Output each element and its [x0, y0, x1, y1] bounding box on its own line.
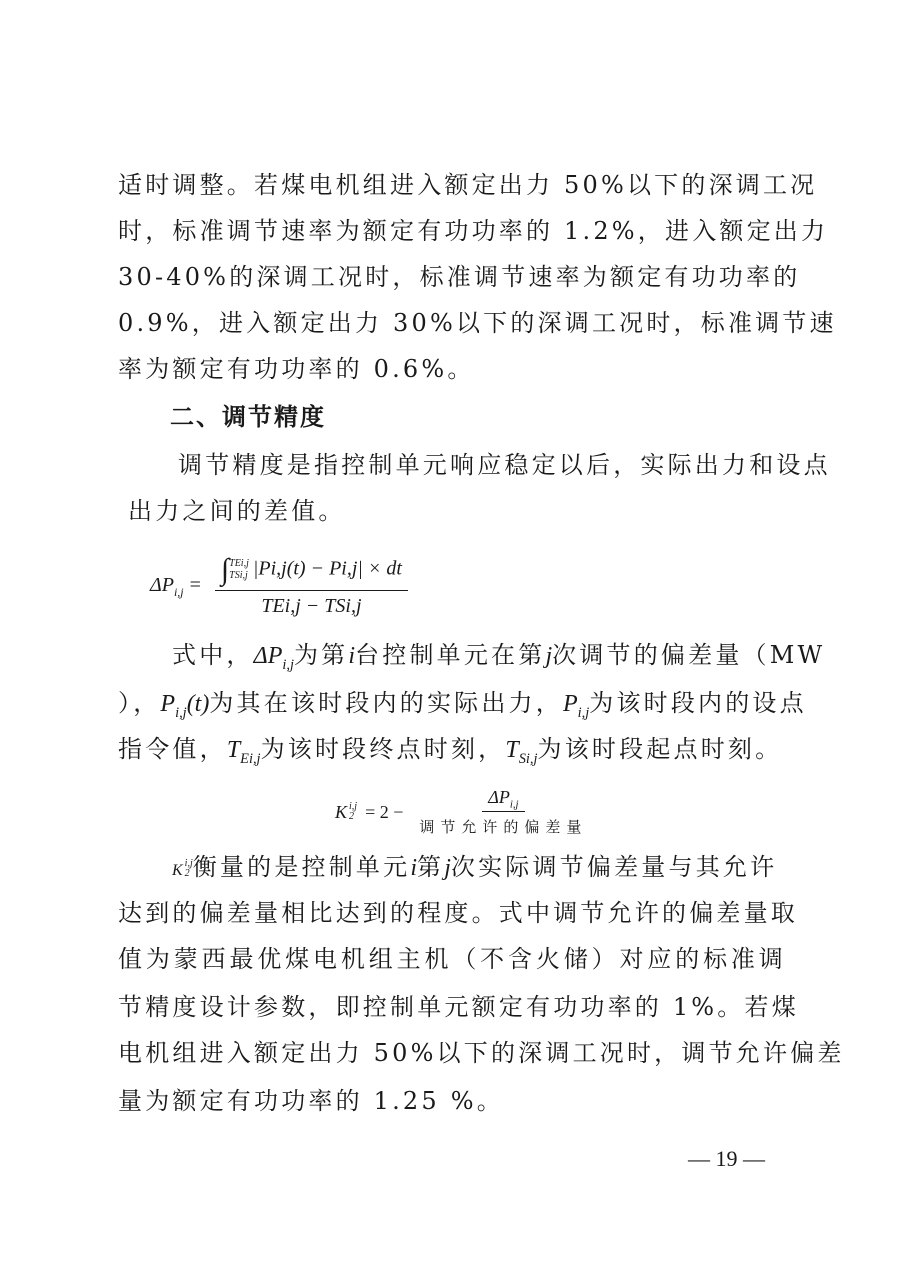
formula-delta-p: ΔPi,j = ∫TEi,jTSi,j|Pi,j(t) − Pi,j| × dt…	[150, 545, 408, 625]
formula-k2: Ki,j2 = 2 − ΔPi,j 调节允许的偏差量	[335, 782, 587, 842]
formula-denominator: TEi,j − TSi,j	[261, 591, 361, 618]
explanation-line-1: 式中，ΔPi,j为第i台控制单元在第j次调节的偏差量（MW	[172, 640, 840, 671]
k2-description-line: 节精度设计参数，即控制单元额定有功功率的 1%。若煤	[118, 992, 786, 1022]
definition-line: 调节精度是指控制单元响应稳定以后，实际出力和设点	[178, 450, 786, 480]
paragraph-line: 30-40%的深调工况时，标准调节速率为额定有功功率的	[118, 262, 786, 292]
paragraph-line: 0.9%，进入额定出力 30%以下的深调工况时，标准调节速	[118, 308, 786, 338]
formula-numerator: ∫TEi,jTSi,j|Pi,j(t) − Pi,j| × dt	[215, 553, 408, 591]
paragraph-line: 时，标准调节速率为额定有功功率的 1.2%，进入额定出力	[118, 216, 786, 246]
section-heading: 二、调节精度	[170, 402, 326, 432]
definition-line: 出力之间的差值。	[128, 496, 796, 526]
k2-description-line: 电机组进入额定出力 50%以下的深调工况时，调节允许偏差	[118, 1038, 786, 1068]
document-page: 适时调整。若煤电机组进入额定出力 50%以下的深调工况 时，标准调节速率为额定有…	[0, 0, 900, 1272]
paragraph-line: 率为额定有功功率的 0.6%。	[118, 354, 786, 384]
page-number: — 19 —	[688, 1146, 765, 1172]
formula-lhs: ΔPi,j	[150, 574, 184, 597]
paragraph-line: 适时调整。若煤电机组进入额定出力 50%以下的深调工况	[118, 170, 786, 200]
explanation-line-2: ），Pi,j(t)为其在该时段内的实际出力，Pi,j为该时段内的设点	[118, 688, 786, 719]
explanation-line-3: 指令值，TEi,j为该时段终点时刻，TSi,j为该时段起点时刻。	[118, 734, 786, 765]
k2-description-line: 达到的偏差量相比达到的程度。式中调节允许的偏差量取	[118, 898, 786, 928]
integral-sign: ∫	[221, 553, 229, 586]
k2-description-line: 量为额定有功功率的 1.25 %。	[118, 1086, 786, 1116]
k2-description-line: 值为蒙西最优煤电机组主机（不含火储）对应的标准调	[118, 944, 786, 974]
k2-description-line-1: Ki,j2衡量的是控制单元i第j次实际调节偏差量与其允许	[172, 852, 840, 886]
formula-fraction: ∫TEi,jTSi,j|Pi,j(t) − Pi,j| × dt TEi,j −…	[215, 553, 408, 618]
formula-k2-fraction: ΔPi,j 调节允许的偏差量	[419, 787, 587, 837]
